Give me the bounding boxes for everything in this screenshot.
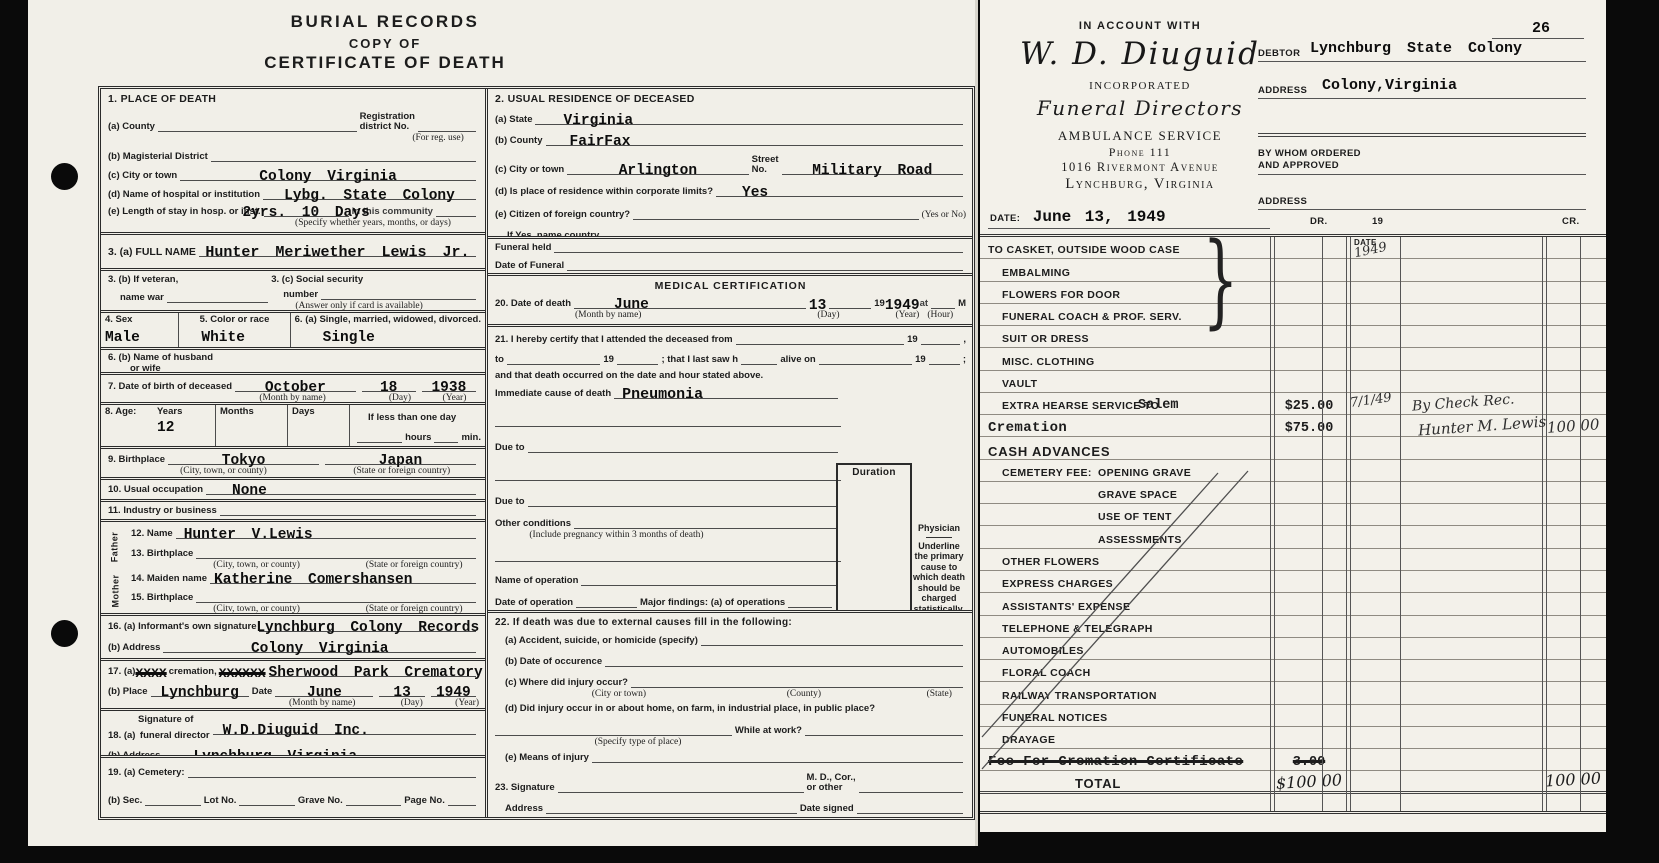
typed-value: Pneumonia xyxy=(622,390,703,400)
and-approved-label: AND APPROVED xyxy=(1258,160,1339,171)
typed-value: June xyxy=(614,300,649,310)
typed-value: Colony Virginia xyxy=(251,644,389,654)
ledger-item-label: RAILWAY TRANSPORTATION xyxy=(1002,691,1157,702)
section-residence: 2. USUAL RESIDENCE OF DECEASED (a) State… xyxy=(488,89,972,239)
field-label: hours xyxy=(405,433,431,443)
field-label: (a) State xyxy=(495,115,532,125)
section-birthplace: 9. BirthplaceTokyoJapan (City, town, or … xyxy=(101,449,485,480)
typed-value: 2yrs. 10 Days xyxy=(243,208,370,218)
ledger-item-sublabel: USE OF TENT xyxy=(1098,511,1172,523)
ledger-row: FUNERAL COACH & PROF. SERV. xyxy=(980,304,1606,326)
field-label: Grave No. xyxy=(298,796,343,806)
ledger-item-label: Cremation xyxy=(988,423,1067,434)
certificate-title: BURIAL RECORDS COPY OF CERTIFICATE OF DE… xyxy=(100,12,670,73)
typed-value: White xyxy=(201,333,285,343)
account-page: IN ACCOUNT WITH W. D. Diuguid INCORPORAT… xyxy=(980,0,1606,832)
typed-strikeout: XXXX xyxy=(135,669,166,679)
typed-value: October xyxy=(265,383,326,393)
field-label: 19. (a) Cemetery: xyxy=(108,768,185,778)
field-label: alive on xyxy=(780,355,815,365)
ledger-debit-amount: $75.00 xyxy=(1272,421,1346,436)
city-state: Lynchburg, Virginia xyxy=(980,176,1300,193)
field-label: Date of operation xyxy=(495,598,573,608)
field-label: If Yes, name country xyxy=(507,231,599,239)
street-address: 1016 Rivermont Avenue xyxy=(980,160,1300,175)
ledger-row: EMBALMING xyxy=(980,259,1606,281)
typed-value: Katherine Comershansen xyxy=(214,575,412,585)
field-label: (b) Sec. xyxy=(108,796,142,806)
field-label: Other conditions xyxy=(495,519,571,529)
field-label: ; that I last saw h xyxy=(661,355,738,365)
duration-box: Duration xyxy=(836,463,912,613)
ledger-item-sublabel: OPENING GRAVE xyxy=(1098,467,1191,479)
certificate-right-column: 2. USUAL RESIDENCE OF DECEASED (a) State… xyxy=(488,89,972,817)
field-label: Date xyxy=(252,687,273,697)
field-label: Years xyxy=(157,407,211,417)
address-value: Colony,Virginia xyxy=(1322,81,1457,91)
section-full-name: 3. (a) FULL NAMEHunter Meriwether Lewis … xyxy=(101,235,485,271)
field-label: min. xyxy=(461,433,481,443)
typed-value: Single xyxy=(323,333,481,343)
typed-value: Lybg. State Colony xyxy=(284,191,455,201)
ledger-debit-amount: $100 00 xyxy=(1272,770,1347,793)
father-label: Father xyxy=(109,532,119,563)
field-label: 20. Date of death xyxy=(495,299,571,309)
field-label: Due to xyxy=(495,497,525,507)
date-label: DATE: xyxy=(990,213,1020,224)
field-label: Major findings: (a) of operations xyxy=(640,598,785,608)
ledger-row: FLOWERS FOR DOOR xyxy=(980,282,1606,304)
address-label: ADDRESS xyxy=(1258,85,1307,96)
cr-column-header: CR. xyxy=(1562,216,1580,227)
ledger-typed-value: Salem xyxy=(1138,398,1179,413)
ledger-row: OTHER FLOWERS xyxy=(980,549,1606,571)
ledger-item-sublabel: ASSESSMENTS xyxy=(1098,534,1182,546)
ledger-item-label: CASH ADVANCES xyxy=(988,446,1110,457)
field-label: 23. Signature xyxy=(495,783,555,793)
ledger-item-label: FUNERAL COACH & PROF. SERV. xyxy=(1002,312,1182,323)
ledger-item-label: DRAYAGE xyxy=(1002,735,1055,746)
typed-value: 13 xyxy=(393,688,410,698)
field-label: Immediate cause of death xyxy=(495,389,611,399)
field-label: Date signed xyxy=(800,804,854,814)
ledger-row: RAILWAY TRANSPORTATION xyxy=(980,682,1606,704)
field-label: No. xyxy=(752,165,779,175)
field-label: 7. Date of birth of deceased xyxy=(108,382,232,392)
ledger-debit-amount: 3.00 xyxy=(1272,755,1346,770)
field-label: (a) County xyxy=(108,122,155,132)
ledger-row: FUNERAL NOTICES xyxy=(980,705,1606,727)
ledger-item-label: TELEPHONE & TELEGRAPH xyxy=(1002,624,1153,635)
field-label: (c) Where did injury occur? xyxy=(505,678,628,688)
typed-value: W.D.Diuguid Inc. xyxy=(223,726,369,736)
caption: (State or foreign country) xyxy=(366,560,463,570)
field-label: 19 xyxy=(915,355,926,365)
ledger-item-label: ASSISTANTS' EXPENSE xyxy=(1002,602,1130,613)
typed-value: Male xyxy=(105,333,174,343)
ledger-item-label: EXTRA HEARSE SERVICE TO xyxy=(1002,401,1159,412)
typed-value: Sherwood Park Crematory xyxy=(269,668,483,678)
field-label: 19 xyxy=(603,355,614,365)
column-divider xyxy=(1542,237,1547,811)
ledger-row: TOTAL$100 00100 00 xyxy=(980,771,1606,793)
field-label: Name of operation xyxy=(495,576,578,586)
section-cemetery: 19. (a) Cemetery: (b) Sec.Lot No.Grave N… xyxy=(101,758,485,817)
mother-label: Mother xyxy=(111,575,121,608)
typed-value: Hunter Meriwether Lewis Jr. xyxy=(205,248,469,258)
certificate-form: 1. PLACE OF DEATH (a) County Registratio… xyxy=(98,86,975,820)
section-veteran-ssn: 3. (b) If veteran, name war 3. (c) Socia… xyxy=(101,271,485,313)
typed-value: 1938 xyxy=(431,383,466,393)
certificate-page: BURIAL RECORDS COPY OF CERTIFICATE OF DE… xyxy=(28,0,978,846)
section-industry: 11. Industry or business xyxy=(101,502,485,522)
typed-value: 1949 xyxy=(885,301,920,311)
caption: (Include pregnancy within 3 months of de… xyxy=(529,530,703,540)
caption: (Hour) xyxy=(927,310,953,320)
hole-punch-bottom xyxy=(51,620,78,647)
typed-value: Virginia xyxy=(563,116,633,126)
year-column-header: 19 xyxy=(1372,216,1383,227)
ledger-row: Fee For Cremation Certificate3.00 xyxy=(980,749,1606,771)
section-place-of-death: 1. PLACE OF DEATH (a) County Registratio… xyxy=(101,89,485,235)
section-funeral-held: Funeral held Date of Funeral xyxy=(488,239,972,276)
section-parents: Father Mother 12. NameHunter V.Lewis 13.… xyxy=(101,522,485,616)
field-label: , xyxy=(963,335,966,345)
caption: (State or foreign country) xyxy=(366,604,463,614)
ledger-table: TO CASKET, OUTSIDE WOOD CASEEMBALMINGFLO… xyxy=(980,234,1606,814)
ledger-row: ASSESSMENTS xyxy=(980,526,1606,548)
section-medical-certification: MEDICAL CERTIFICATION 20. Date of deathJ… xyxy=(488,276,972,613)
address2-label: ADDRESS xyxy=(1258,196,1307,207)
ledger-row: CEMETERY FEE:OPENING GRAVE xyxy=(980,460,1606,482)
field-label: (c) City or town xyxy=(495,165,564,175)
title-line2: COPY OF xyxy=(100,36,670,51)
ledger-item-label: FLORAL COACH xyxy=(1002,668,1091,679)
section-heading: 2. USUAL RESIDENCE OF DECEASED xyxy=(495,93,966,105)
field-label: cremation, xyxy=(169,667,217,677)
field-label: 15. Birthplace xyxy=(131,593,193,603)
field-label: (c) City or town xyxy=(108,171,177,181)
brace-mark: } xyxy=(1203,231,1239,331)
company-logo: W. D. Diuguid xyxy=(980,36,1300,72)
caption: (Citv, town, or county) xyxy=(213,604,300,614)
ledger-row: FLORAL COACH xyxy=(980,660,1606,682)
ledger-item-label: SUIT OR DRESS xyxy=(1002,334,1089,345)
ledger-row: USE OF TENT xyxy=(980,504,1606,526)
field-label: (b) Address xyxy=(108,643,160,653)
section-occupation: 10. Usual occupationNone xyxy=(101,480,485,502)
typed-value: Lynchburg xyxy=(161,688,239,698)
ledger-item-label: TO CASKET, OUTSIDE WOOD CASE xyxy=(988,245,1180,256)
column-divider xyxy=(1322,237,1323,811)
field-label: 19 xyxy=(907,335,918,345)
section-age: 8. Age: Years12 Months Days If less than… xyxy=(101,405,485,449)
field-label: (e) Citizen of foreign country? xyxy=(495,210,630,220)
ledger-row: SUIT OR DRESS xyxy=(980,326,1606,348)
ledger-row: TELEPHONE & TELEGRAPH xyxy=(980,616,1606,638)
incorporated-label: INCORPORATED xyxy=(980,80,1300,92)
typed-value: 1949 xyxy=(436,688,471,698)
field-label: funeral director xyxy=(140,730,210,741)
caption: (City or town) xyxy=(592,689,646,699)
ledger-row: DRAYAGE xyxy=(980,727,1606,749)
field-label: 9. Birthplace xyxy=(108,455,165,465)
duration-label: Duration xyxy=(838,467,910,478)
typed-value: Lynchburg Colony Records xyxy=(256,623,479,633)
field-label: If less than one day xyxy=(368,413,481,423)
typed-value: 12 xyxy=(157,423,211,433)
field-label: (b) Address xyxy=(108,751,160,758)
title-line1: BURIAL RECORDS xyxy=(100,12,670,32)
ledger-row: GRAVE SPACE xyxy=(980,482,1606,504)
column-divider xyxy=(1270,237,1275,811)
field-label: 21. I hereby certify that I attended the… xyxy=(495,335,733,345)
field-label: Date of Funeral xyxy=(495,261,564,271)
field-label: 16. (a) Informant's own signature xyxy=(108,622,256,632)
by-whom-ordered-label: BY WHOM ORDERED xyxy=(1258,148,1361,159)
column-divider xyxy=(1580,237,1581,811)
field-label: (b) Date of occurence xyxy=(505,657,602,667)
field-label: Address xyxy=(505,804,543,814)
ledger-row: CASH ADVANCES xyxy=(980,437,1606,459)
field-label: (d) Is place of residence within corpora… xyxy=(495,187,713,197)
field-label: Due to xyxy=(495,443,525,453)
ledger-row: ASSISTANTS' EXPENSE xyxy=(980,593,1606,615)
caption: (Yes or No) xyxy=(922,210,966,220)
debtor-value: Lynchburg State Colony xyxy=(1310,44,1522,54)
ledger-item-label: AUTOMOBILES xyxy=(1002,646,1084,657)
ambulance-service: AMBULANCE SERVICE xyxy=(980,128,1300,144)
caption: (County) xyxy=(787,689,821,699)
ledger-item-label: TOTAL xyxy=(1075,778,1121,789)
typed-value: 18 xyxy=(380,383,397,393)
field-label: 3. (a) FULL NAME xyxy=(108,247,196,257)
field-label: (b) Place xyxy=(108,687,148,697)
section-funeral-director: Signature of18. (a) funeral director W.D… xyxy=(101,711,485,758)
section-date-of-birth: 7. Date of birth of deceasedOctober18193… xyxy=(101,375,485,405)
funeral-directors-script: Funeral Directors xyxy=(980,96,1300,120)
field-label: (a) Accident, suicide, or homicide (spec… xyxy=(505,636,698,646)
field-label: name war xyxy=(120,293,164,303)
ledger-item-label: MISC. CLOTHING xyxy=(1002,357,1095,368)
field-label: 13. Birthplace xyxy=(131,549,193,559)
field-label: (d) Did injury occur in or about home, o… xyxy=(505,704,875,714)
ledger-row: TO CASKET, OUTSIDE WOOD CASE xyxy=(980,237,1606,259)
field-label: 19 xyxy=(874,299,885,309)
ledger-row: MISC. CLOTHING xyxy=(980,348,1606,370)
ledger-item-label: EMBALMING xyxy=(1002,268,1070,279)
field-label: 5. Color or race xyxy=(183,315,285,325)
typed-strikeout: XXXXXX xyxy=(219,669,266,679)
ledger-row: EXPRESS CHARGES xyxy=(980,571,1606,593)
ledger-item-sublabel: GRAVE SPACE xyxy=(1098,489,1177,501)
field-label: 6. (a) Single, married, widowed, divorce… xyxy=(295,315,481,325)
field-label: 11. Industry or business xyxy=(108,506,217,516)
field-label: 18. (a) xyxy=(108,730,135,741)
medical-certification-heading: MEDICAL CERTIFICATION xyxy=(495,280,966,292)
ledger-credit-amount: 100 00 xyxy=(1545,768,1602,790)
typed-value: Hunter V.Lewis xyxy=(184,530,313,540)
field-label: ; xyxy=(963,355,966,365)
field-label: (b) Magisterial District xyxy=(108,152,208,162)
handwritten-credit-amount: 100 00 xyxy=(1546,415,1600,437)
column-divider xyxy=(1346,237,1351,811)
field-label: 4. Sex xyxy=(105,315,174,325)
field-label: (e) Length of stay in hosp. or inst. xyxy=(108,207,261,217)
section-cremation: 17. (a)XXXXcremation,XXXXXXSherwood Park… xyxy=(101,661,485,711)
date-row: DATE: June 13, 1949 xyxy=(990,208,1166,226)
typed-value: 13 xyxy=(809,301,826,311)
field-label: and that death occurred on the date and … xyxy=(495,371,763,381)
field-label: number xyxy=(283,290,318,300)
caption: (City, town, or county) xyxy=(213,560,300,570)
certificate-left-column: 1. PLACE OF DEATH (a) County Registratio… xyxy=(101,89,488,817)
typed-value: June xyxy=(307,688,342,698)
field-label: (e) Means of injury xyxy=(505,753,589,763)
section-informant: 16. (a) Informant's own signatureLynchbu… xyxy=(101,616,485,661)
field-label: 8. Age: xyxy=(105,407,149,417)
field-label: 6. (b) Name of husband xyxy=(108,353,479,363)
typed-value: Yes xyxy=(742,188,768,198)
field-label: at xyxy=(920,299,928,309)
field-label: 12. Name xyxy=(131,529,173,539)
field-label: (b) County xyxy=(495,136,543,146)
ledger-item-label: CEMETERY FEE: xyxy=(1002,468,1092,479)
page-number: 26 xyxy=(1532,24,1550,34)
caption: (Answer only if card is available) xyxy=(295,301,422,311)
ledger-item-label: OTHER FLOWERS xyxy=(1002,557,1099,568)
typed-value: Japan xyxy=(379,456,423,466)
ledger-item-label: VAULT xyxy=(1002,379,1037,390)
section-heading: 22. If death was due to external causes … xyxy=(495,617,966,628)
field-label: Lot No. xyxy=(204,796,237,806)
ledger-row: AUTOMOBILES xyxy=(980,638,1606,660)
caption: (State) xyxy=(927,689,952,699)
section-sex-race-marital: 4. SexMale 5. Color or raceWhite 6. (a) … xyxy=(101,313,485,350)
ledger-item-label: EXPRESS CHARGES xyxy=(1002,579,1113,590)
date-value: June 13, 1949 xyxy=(1033,208,1166,226)
field-label: (d) Name of hospital or institution xyxy=(108,190,260,200)
field-label: 17. (a) xyxy=(108,667,135,677)
debtor-label: DEBTOR xyxy=(1258,48,1300,59)
field-label: Funeral held xyxy=(495,243,551,253)
typed-value: Military Road xyxy=(812,166,932,176)
typed-value: Tokyo xyxy=(222,456,266,466)
field-label: 3. (b) If veteran, xyxy=(108,275,178,285)
field-label: 10. Usual occupation xyxy=(108,485,203,495)
physician-label: Physician xyxy=(913,523,965,534)
ledger-row: VAULT xyxy=(980,371,1606,393)
section-heading: 1. PLACE OF DEATH xyxy=(108,93,479,105)
section-external-causes: 22. If death was due to external causes … xyxy=(488,613,972,817)
field-label: Months xyxy=(220,407,283,417)
hole-punch-top xyxy=(51,163,78,190)
ledger-item-label: FUNERAL NOTICES xyxy=(1002,713,1108,724)
ledger-rows: TO CASKET, OUTSIDE WOOD CASEEMBALMINGFLO… xyxy=(980,237,1606,794)
title-line3: CERTIFICATE OF DEATH xyxy=(100,53,670,73)
physician-instruction: Underline the primary cause to which dea… xyxy=(913,541,965,614)
field-label: district No. xyxy=(360,122,415,132)
ledger-debit-amount: $25.00 xyxy=(1272,399,1346,414)
typed-value: FairFax xyxy=(570,137,631,147)
physician-note: Physician Underline the primary cause to… xyxy=(913,523,965,613)
caption: (Specify type of place) xyxy=(595,737,682,747)
caption: (For reg. use) xyxy=(412,133,463,143)
typed-value: Colony Virginia xyxy=(259,172,397,182)
field-label: or wife xyxy=(130,364,479,374)
field-label: to xyxy=(495,355,504,365)
field-label: 3. (c) Social security xyxy=(271,275,363,285)
field-label: While at work? xyxy=(735,726,802,736)
field-label: Signature of xyxy=(138,715,210,725)
phone: Phone 111 xyxy=(980,145,1300,160)
field-label: Page No. xyxy=(404,796,445,806)
section-husband-wife: 6. (b) Name of husband or wife xyxy=(101,350,485,375)
field-label: Days xyxy=(292,407,345,417)
ledger-item-label: Fee For Cremation Certificate xyxy=(988,757,1243,768)
dr-column-header: DR. xyxy=(1310,216,1328,227)
ledger-item-label: FLOWERS FOR DOOR xyxy=(1002,290,1120,301)
typed-value: None xyxy=(232,486,267,496)
column-divider xyxy=(1400,237,1401,811)
typed-value: Arlington xyxy=(619,166,697,176)
field-label: 14. Maiden name xyxy=(131,574,207,584)
in-account-with: IN ACCOUNT WITH xyxy=(980,20,1300,32)
field-label: M xyxy=(958,299,966,309)
field-label: or other xyxy=(807,783,856,793)
